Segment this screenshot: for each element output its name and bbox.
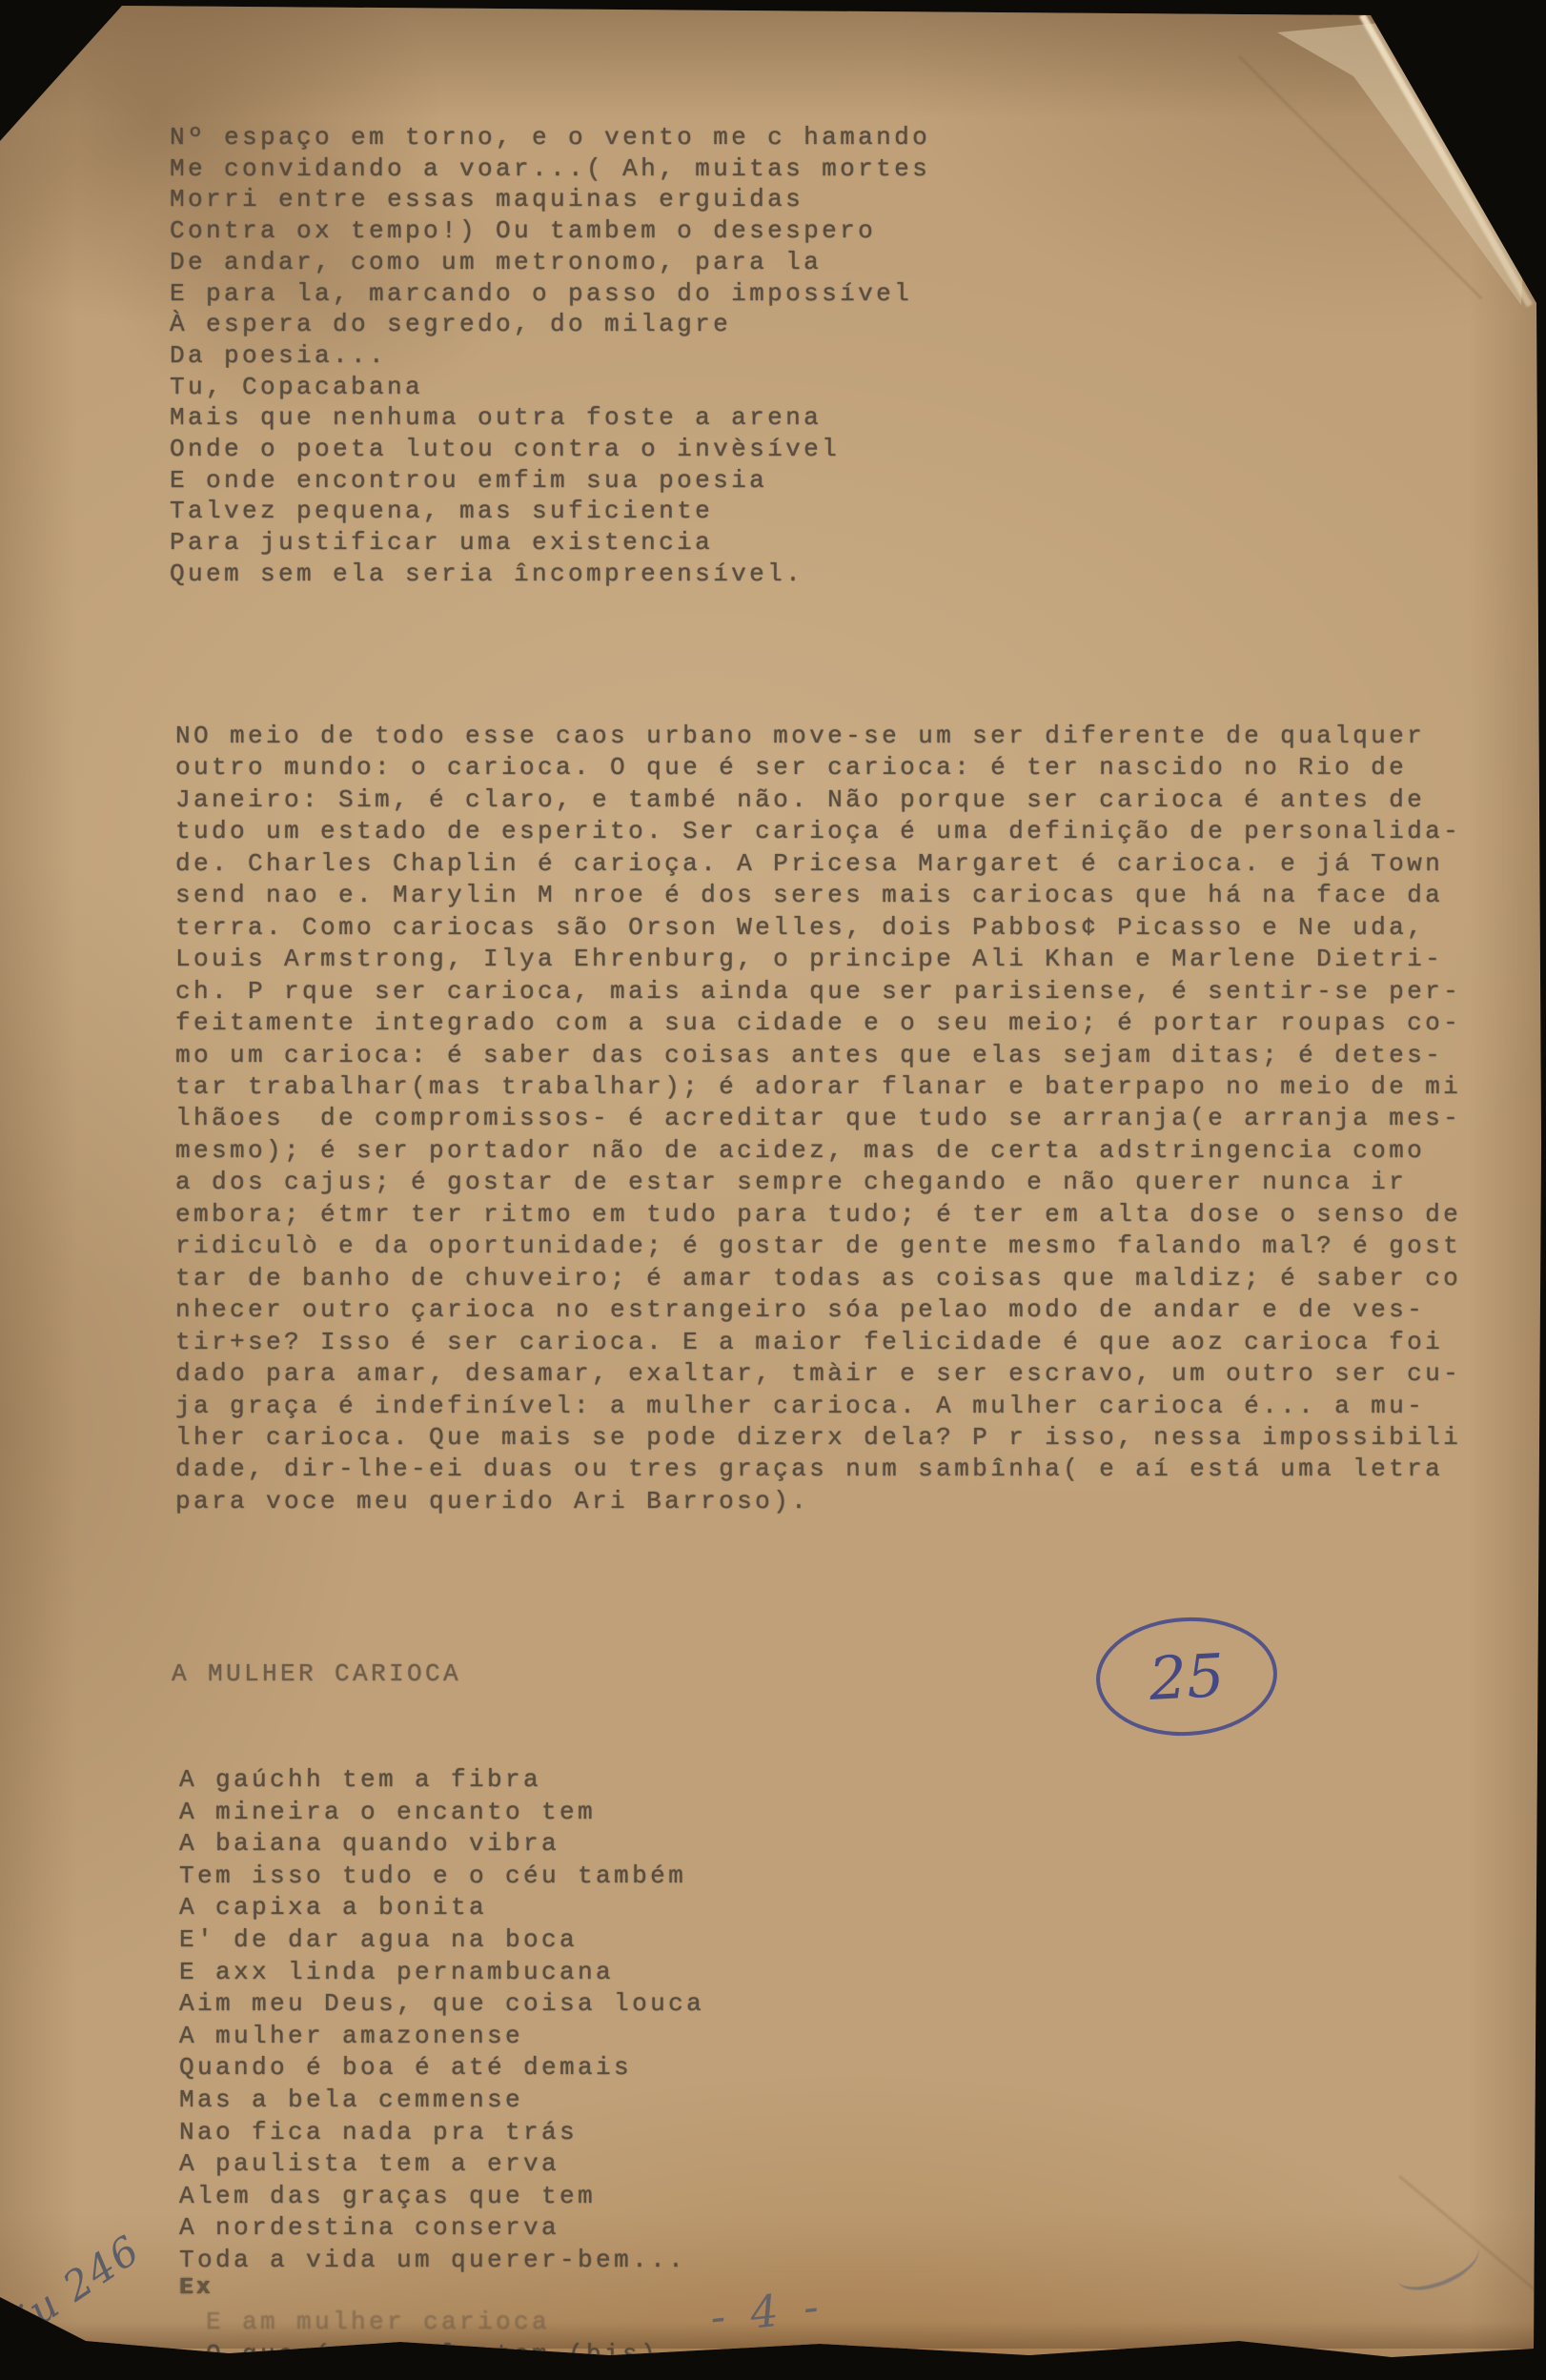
- poem-line: A gaúchh tem a fibra: [179, 1764, 704, 1797]
- poem-line: Nao fica nada pra trás: [179, 2117, 704, 2149]
- paper-sheet: Nº espaço em torno, e o vento me c haman…: [0, 0, 1546, 2380]
- prose-line: embora; étmr ter ritmo em tudo para tudo…: [175, 1199, 1461, 1231]
- prose-line: outro mundo: o carioca. O que é ser cari…: [175, 752, 1461, 783]
- poem-line: Talvez pequena, mas suficiente: [170, 496, 930, 527]
- scanned-page: Nº espaço em torno, e o vento me c haman…: [0, 0, 1546, 2380]
- prose-line: Louis Armstrong, Ilya Ehrenburg, o princ…: [175, 944, 1461, 975]
- prose-line: mesmo); é ser portador não de acidez, ma…: [175, 1135, 1461, 1167]
- poem-line: Toda a vida um querer-bem...: [179, 2245, 704, 2277]
- prose-line: ridiculò e da oportunidade; é gostar de …: [175, 1231, 1461, 1262]
- prose-line: lher carioca. Que mais se pode dizerx de…: [175, 1422, 1461, 1454]
- pen-squiggle-mark: [1389, 2229, 1486, 2298]
- prose-line: feitamente integrado com a sua cidade e …: [175, 1007, 1461, 1039]
- poem-line: De andar, como um metronomo, para la: [170, 247, 930, 278]
- prose-line: dado para amar, desamar, exaltar, tmàir …: [175, 1358, 1461, 1390]
- prose-line: para voce meu querido Ari Barroso).: [175, 1486, 1461, 1517]
- struck-typo-fragment: Ex: [179, 2275, 214, 2301]
- poem-line: Tu, Copacabana: [170, 372, 930, 403]
- poem-line: A mineira o encanto tem: [179, 1797, 704, 1829]
- prose-line: mo um carioca: é saber das coisas antes …: [175, 1040, 1461, 1071]
- prose-line: tudo um estado de esperito. Ser carioça …: [175, 816, 1461, 847]
- poem-line: Quando é boa é até demais: [179, 2052, 704, 2085]
- prose-line: ch. P rque ser carioca, mais ainda que s…: [175, 976, 1461, 1007]
- poem-line: Tem isso tudo e o céu também: [179, 1861, 704, 1893]
- poem-line: Nº espaço em torno, e o vento me c haman…: [170, 122, 930, 153]
- poem-line: À espera do segredo, do milagre: [170, 309, 930, 340]
- poem-line: Alem das graças que tem: [179, 2181, 704, 2213]
- poem-line: Para justificar uma existencia: [170, 527, 930, 559]
- poem-line: Me convidando a voar...( Ah, muitas mort…: [170, 153, 930, 185]
- poem-line: Contra ox tempo!) Ou tambem o desespero: [170, 215, 930, 247]
- poem-line: Morri entre essas maquinas erguidas: [170, 184, 930, 215]
- prose-line: tar trabalhar(mas trabalhar); é adorar f…: [175, 1071, 1461, 1103]
- prose-line: de. Charles Chaplin é carioça. A Pricesa…: [175, 848, 1461, 880]
- poem-line: E' de dar agua na boca: [179, 1924, 704, 1957]
- prose-line: Janeiro: Sim, é claro, e també não. Não …: [175, 784, 1461, 816]
- poem-line: Aim meu Deus, que coisa louca: [179, 1988, 704, 2021]
- poem-line: E axx linda pernambucana: [179, 1957, 704, 1989]
- refrain-line: O que é que ela tem (bis): [206, 2339, 659, 2371]
- poem-line: A paulista tem a erva: [179, 2148, 704, 2181]
- poem-line: Mais que nenhuma outra foste a arena: [170, 402, 930, 434]
- prose-line: nhecer outro çarioca no estrangeiro sóa …: [175, 1294, 1461, 1326]
- poem-top-block: Nº espaço em torno, e o vento me c haman…: [170, 122, 930, 590]
- refrain-line: E am mulher carioca: [206, 2307, 659, 2339]
- poem-line: A capixa a bonita: [179, 1892, 704, 1924]
- poem-line: Quem sem ela seria încompreensível.: [170, 559, 930, 590]
- prose-line: a dos cajus; é gostar de estar sempre ch…: [175, 1167, 1461, 1198]
- poem-line: A baiana quando vibra: [179, 1828, 704, 1861]
- poem-line: Onde o poeta lutou contra o invèsível: [170, 434, 930, 465]
- poem-line: Da poesia...: [170, 340, 930, 372]
- section-heading: A MULHER CARIOCA: [172, 1659, 461, 1688]
- prose-line: tir+se? Isso é ser carioca. E a maior fe…: [175, 1327, 1461, 1358]
- circled-page-number: 25: [1093, 1613, 1280, 1740]
- prose-line: terra. Como cariocas são Orson Welles, d…: [175, 912, 1461, 944]
- prose-line: send nao e. Marylin M nroe é dos seres m…: [175, 880, 1461, 911]
- prose-line: tar de banho de chuveiro; é amar todas a…: [175, 1263, 1461, 1294]
- poem-line: A nordestina conserva: [179, 2212, 704, 2245]
- refrain-block: E am mulher cariocaO que é que ela tem (…: [206, 2307, 659, 2370]
- prose-line: ja graça é indefinível: a mulher carioca…: [175, 1391, 1461, 1422]
- prose-line: lhãoes de compromissos- é acreditar que …: [175, 1103, 1461, 1134]
- poem-line: Mas a bela cemmense: [179, 2085, 704, 2117]
- poem-bottom-block: A gaúchh tem a fibraA mineira o encanto …: [179, 1764, 704, 2277]
- poem-line: E para la, marcando o passo do impossíve…: [170, 278, 930, 310]
- prose-line: NO meio de todo esse caos urbano move-se…: [175, 721, 1461, 752]
- poem-line: E onde encontrou emfim sua poesia: [170, 465, 930, 497]
- prose-paragraph: NO meio de todo esse caos urbano move-se…: [175, 721, 1461, 1517]
- prose-line: dade, dir-lhe-ei duas ou tres graças num…: [175, 1454, 1461, 1485]
- poem-line: A mulher amazonense: [179, 2021, 704, 2053]
